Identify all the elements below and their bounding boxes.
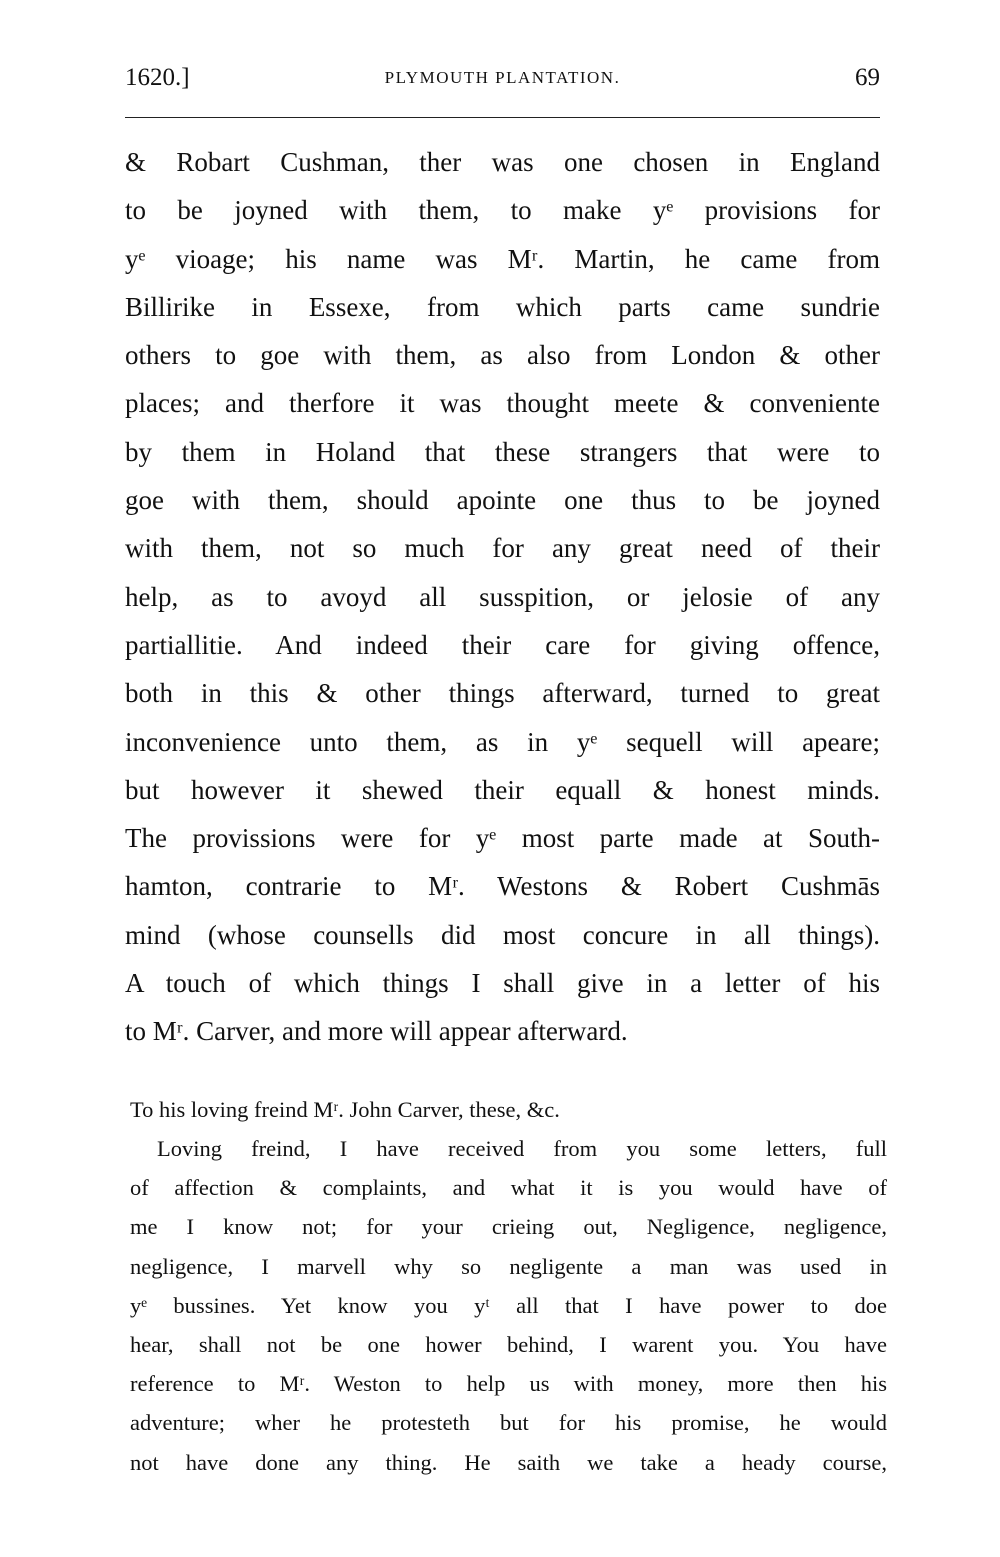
letter-line: adventure; wher he protesteth but for hi…	[130, 1405, 887, 1444]
running-head-title: PLYMOUTH PLANTATION.	[125, 68, 880, 88]
text-line: Billirike in Essexe, from which parts ca…	[125, 287, 880, 335]
text-line: by them in Holand that these strangers t…	[125, 432, 880, 480]
text-line: hamton, contrarie to Mʳ. Westons & Rober…	[125, 866, 880, 914]
text-line: to be joyned with them, to make yᵉ provi…	[125, 190, 880, 238]
text-line: inconvenience unto them, as in yᵉ sequel…	[125, 722, 880, 770]
letter-line: not have done any thing. He saith we tak…	[130, 1445, 887, 1484]
letter-line: Loving freind, I have received from you …	[130, 1131, 887, 1170]
running-head: 1620.] PLYMOUTH PLANTATION. 69	[125, 64, 880, 98]
header-rule	[125, 117, 880, 118]
text-line: The provissions were for yᵉ most parte m…	[125, 818, 880, 866]
text-line: to Mʳ. Carver, and more will appear afte…	[125, 1011, 880, 1059]
letter-line: reference to Mʳ. Weston to help us with …	[130, 1366, 887, 1405]
letter-line: hear, shall not be one hower behind, I w…	[130, 1327, 887, 1366]
text-line: with them, not so much for any great nee…	[125, 528, 880, 576]
letter-line: negligence, I marvell why so negligente …	[130, 1249, 887, 1288]
letter-extract: To his loving freind Mʳ. John Carver, th…	[130, 1092, 887, 1484]
letter-line: of affection & complaints, and what it i…	[130, 1170, 887, 1209]
text-line: A touch of which things I shall give in …	[125, 963, 880, 1011]
text-line: help, as to avoyd all susspition, or jel…	[125, 577, 880, 625]
text-line: & Robart Cushman, ther was one chosen in…	[125, 142, 880, 190]
text-line: yᵉ vioage; his name was Mʳ. Martin, he c…	[125, 239, 880, 287]
text-line: mind (whose counsells did most concure i…	[125, 915, 880, 963]
text-line: goe with them, should apointe one thus t…	[125, 480, 880, 528]
letter-address: To his loving freind Mʳ. John Carver, th…	[130, 1092, 887, 1131]
text-line: partiallitie. And indeed their care for …	[125, 625, 880, 673]
text-line: both in this & other things afterward, t…	[125, 673, 880, 721]
page-number: 69	[855, 64, 880, 92]
text-line: places; and therfore it was thought meet…	[125, 383, 880, 431]
letter-line: me I know not; for your crieing out, Neg…	[130, 1209, 887, 1248]
text-line: others to goe with them, as also from Lo…	[125, 335, 880, 383]
text-line: but however it shewed their equall & hon…	[125, 770, 880, 818]
main-paragraph: & Robart Cushman, ther was one chosen in…	[125, 142, 880, 1060]
letter-line: yᵉ bussines. Yet know you yᵗ all that I …	[130, 1288, 887, 1327]
